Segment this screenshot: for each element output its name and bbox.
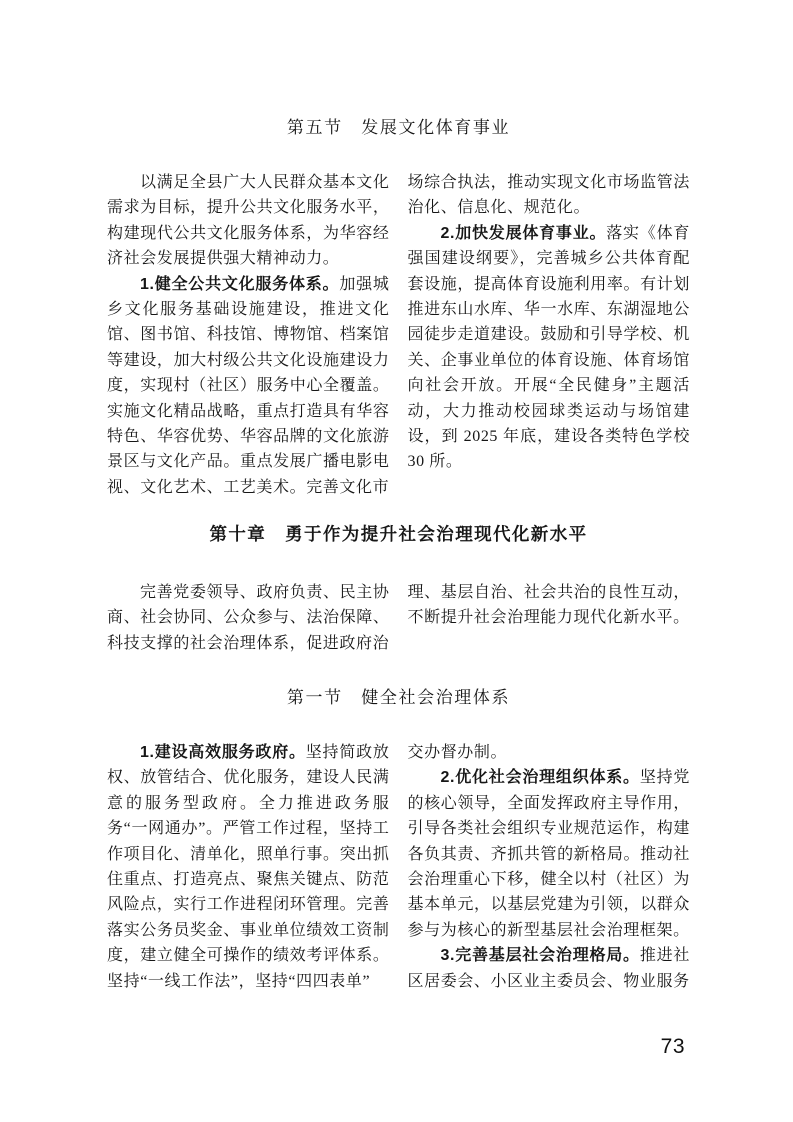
paragraph-text: 落实《体育强国建设纲要》，完善城乡公共体育配套设施，提高体育设施利用率。有计划推…	[408, 225, 691, 471]
paragraph: 3.完善基层社会治理格局。推进社区居委会、小区业主委员会、物业服务	[408, 943, 691, 994]
document-page: 第五节 发展文化体育事业 以满足全县广大人民群众基本文化需求为目标，提升公共文化…	[0, 0, 793, 1122]
bold-run-in-heading: 1.建设高效服务政府。	[140, 744, 306, 761]
chapter10-right-column: 理、基层自治、社会共治的良性互动，不断提升社会治理能力现代化新水平。	[408, 580, 691, 656]
chapter10-columns: 完善党委领导、政府负责、民主协商、社会协同、公众参与、法治保障、科技支撑的社会治…	[107, 580, 690, 656]
paragraph: 1.健全公共文化服务体系。加强城乡文化服务基础设施建设，推进文化馆、图书馆、科技…	[107, 272, 390, 501]
paragraph-continuation: 交办督办制。	[408, 740, 691, 765]
section-heading-5: 第五节 发展文化体育事业	[107, 118, 690, 138]
paragraph-text: 加强城乡文化服务基础设施建设，推进文化馆、图书馆、科技馆、博物馆、档案馆等建设，…	[107, 276, 390, 496]
section-heading-1: 第一节 健全社会治理体系	[107, 688, 690, 708]
bold-run-in-heading: 3.完善基层社会治理格局。	[441, 947, 640, 964]
bold-run-in-heading: 2.加快发展体育事业。	[441, 225, 607, 242]
section5-columns: 以满足全县广大人民群众基本文化需求为目标，提升公共文化服务水平，构建现代公共文化…	[107, 170, 690, 500]
bold-run-in-heading: 2.优化社会治理组织体系。	[441, 769, 640, 786]
chapter10-left-column: 完善党委领导、政府负责、民主协商、社会协同、公众参与、法治保障、科技支撑的社会治…	[107, 580, 390, 656]
paragraph-text: 坚持党的核心领导，全面发挥政府主导作用，引导各类社会组织专业规范运作，构建各负其…	[408, 769, 691, 938]
paragraph: 完善党委领导、政府负责、民主协商、社会协同、公众参与、法治保障、科技支撑的社会治…	[107, 580, 390, 656]
section1-right-column: 交办督办制。 2.优化社会治理组织体系。坚持党的核心领导，全面发挥政府主导作用，…	[408, 740, 691, 994]
chapter-heading-10: 第十章 勇于作为提升社会治理现代化新水平	[107, 524, 690, 545]
section1-columns: 1.建设高效服务政府。坚持简政放权、放管结合、优化服务，建设人民满意的服务型政府…	[107, 740, 690, 994]
paragraph: 2.加快发展体育事业。落实《体育强国建设纲要》，完善城乡公共体育配套设施，提高体…	[408, 221, 691, 475]
paragraph: 2.优化社会治理组织体系。坚持党的核心领导，全面发挥政府主导作用，引导各类社会组…	[408, 765, 691, 943]
paragraph-continuation: 理、基层自治、社会共治的良性互动，不断提升社会治理能力现代化新水平。	[408, 580, 691, 631]
section1-left-column: 1.建设高效服务政府。坚持简政放权、放管结合、优化服务，建设人民满意的服务型政府…	[107, 740, 390, 994]
page-number: 73	[661, 1035, 685, 1059]
section5-right-column: 场综合执法，推动实现文化市场监管法治化、信息化、规范化。 2.加快发展体育事业。…	[408, 170, 691, 500]
paragraph: 以满足全县广大人民群众基本文化需求为目标，提升公共文化服务水平，构建现代公共文化…	[107, 170, 390, 272]
paragraph-text: 坚持简政放权、放管结合、优化服务，建设人民满意的服务型政府。全力推进政务服务“一…	[107, 744, 390, 990]
paragraph-continuation: 场综合执法，推动实现文化市场监管法治化、信息化、规范化。	[408, 170, 691, 221]
section5-left-column: 以满足全县广大人民群众基本文化需求为目标，提升公共文化服务水平，构建现代公共文化…	[107, 170, 390, 500]
bold-run-in-heading: 1.健全公共文化服务体系。	[140, 276, 339, 293]
paragraph: 1.建设高效服务政府。坚持简政放权、放管结合、优化服务，建设人民满意的服务型政府…	[107, 740, 390, 994]
